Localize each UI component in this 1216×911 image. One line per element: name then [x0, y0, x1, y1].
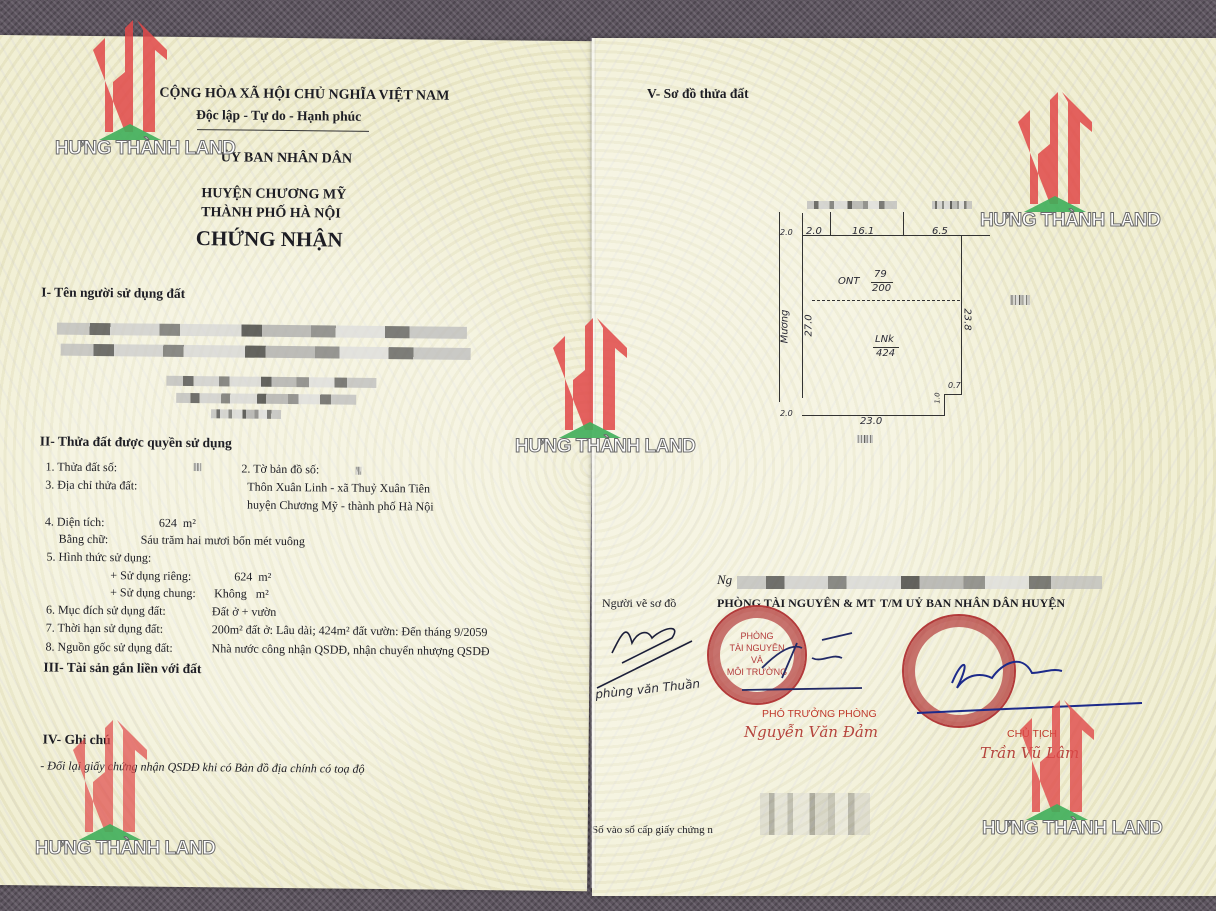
purpose-label: 6. Mục đích sử dụng đất: — [46, 603, 166, 619]
section-3-heading: III- Tài sản gắn liền với đất — [43, 659, 201, 677]
redacted-street-name — [807, 201, 897, 209]
channel-line — [779, 212, 780, 402]
origin-value: Nhà nước công nhận QSDĐ, nhận chuyển như… — [212, 641, 490, 659]
date-prefix: Ng — [717, 572, 732, 588]
watermark-bottom-right: HƯNG THÀNH LAND — [982, 700, 1132, 840]
motto: Độc lập - Tự do - Hạnh phúc — [196, 107, 361, 125]
redacted-neighbor — [932, 201, 972, 209]
zone-lower-code: LNk — [875, 334, 894, 345]
section-1-heading: I- Tên người sử dụng đất — [41, 284, 185, 302]
section-2-heading: II- Thửa đất được quyền sử dụng — [40, 433, 232, 451]
redacted-owner-line-2 — [61, 344, 471, 360]
motto-underline — [197, 129, 369, 132]
map-sheet-label: 2. Tờ bản đồ số: — [241, 462, 319, 478]
department-signature — [722, 628, 872, 698]
department-signer-name: Nguyễn Văn Đảm — [744, 723, 878, 741]
book-spine — [590, 38, 596, 888]
redacted-owner-line-1 — [57, 323, 467, 339]
dim-right: 23.8 — [962, 308, 973, 330]
address-value-2: huyện Chương Mỹ - thành phố Hà Nội — [247, 498, 434, 515]
brand-logo-icon — [65, 720, 155, 840]
term-value: 200m² đất ở: Lâu dài; 424m² đất vườn: Đế… — [212, 622, 488, 640]
plot-notch-side — [944, 394, 945, 416]
redacted-neighbor-east — [1010, 295, 1030, 305]
zone-upper-area: 200 — [872, 283, 891, 294]
zone-upper-code: ONT — [838, 276, 859, 287]
private-use-label: + Sử dụng riêng: — [110, 568, 191, 584]
channel-label: Mương — [779, 310, 790, 344]
redacted-registry-number — [760, 793, 870, 835]
zone-upper-parcel: 79 — [874, 269, 887, 280]
parcel-number-redacted — [193, 463, 201, 471]
dim-bottom-left: 2.0 — [780, 409, 793, 418]
redacted-owner-line-4 — [176, 393, 356, 405]
dim-top-middle: 16.1 — [852, 226, 874, 237]
dim-left: 27.0 — [804, 314, 815, 336]
brand-logo-icon — [545, 318, 635, 438]
dim-top-right: 6.5 — [932, 226, 948, 237]
brand-logo-icon — [85, 20, 175, 140]
parcel-number-label: 1. Thửa đất số: — [45, 460, 117, 476]
area-words-value: Sáu trăm hai mươi bốn mét vuông — [141, 533, 305, 550]
committee-heading: ỦY BAN NHÂN DÂN — [221, 150, 352, 167]
zone-lower-area: 424 — [876, 348, 895, 359]
registry-label: Số vào sổ cấp giấy chứng n — [592, 824, 713, 836]
watermark-top-left: HƯNG THÀNH LAND — [55, 20, 205, 160]
city-heading: THÀNH PHỐ HÀ NỘI — [201, 205, 341, 222]
section-5-heading: V- Sơ đồ thửa đất — [647, 86, 749, 102]
dim-top-left-a: 2.0 — [780, 228, 793, 237]
area-label: 4. Diện tích: — [45, 514, 105, 530]
usage-form-label: 5. Hình thức sử dụng: — [46, 550, 151, 566]
watermark-top-right: HƯNG THÀNH LAND — [980, 92, 1130, 232]
private-use-value: 624 m² — [234, 569, 271, 584]
shared-use-label: + Sử dụng chung: — [110, 585, 196, 601]
map-sheet-redacted — [355, 467, 361, 475]
watermark-bottom-left: HƯNG THÀNH LAND — [35, 720, 185, 860]
dim-notch-b: 1.0 — [934, 392, 942, 403]
dim-notch-a: 0.7 — [948, 381, 961, 390]
committee-title: T/M UỶ BAN NHÂN DÂN HUYỆN — [880, 596, 1065, 611]
dim-top-left-b: 2.0 — [806, 226, 822, 237]
address-value-1: Thôn Xuân Linh - xã Thuỷ Xuân Tiên — [247, 480, 430, 497]
shared-use-value: Không m² — [214, 586, 269, 602]
purpose-value: Đất ở + vườn — [212, 604, 276, 620]
zone-divider — [812, 300, 960, 301]
department-position: PHÓ TRƯỞNG PHÒNG — [762, 708, 877, 720]
plot-left-edge — [802, 213, 803, 398]
drafter-title: Người vẽ sơ đồ — [602, 596, 676, 611]
plot-top-divider-2 — [903, 212, 904, 235]
origin-label: 8. Nguồn gốc sử dụng đất: — [46, 640, 173, 656]
dim-bottom: 23.0 — [860, 416, 882, 427]
redacted-neighbor-south — [857, 435, 873, 443]
term-label: 7. Thời hạn sử dụng đất: — [46, 621, 163, 637]
brand-logo-icon — [1010, 92, 1100, 212]
redacted-date — [737, 576, 1102, 589]
area-value: 624 m² — [159, 516, 196, 531]
watermark-center: HƯNG THÀNH LAND — [515, 318, 665, 458]
area-words-label: Bằng chữ: — [59, 532, 109, 548]
certificate-title: CHỨNG NHẬN — [196, 226, 343, 253]
district-heading: HUYỆN CHƯƠNG MỸ — [201, 186, 346, 204]
address-label: 3. Địa chỉ thửa đất: — [45, 477, 137, 493]
plot-notch-top — [944, 394, 962, 395]
redacted-owner-line-3 — [166, 376, 376, 388]
redacted-owner-line-5 — [211, 409, 281, 419]
plot-top-divider-1 — [830, 212, 831, 235]
brand-logo-icon — [1012, 700, 1102, 820]
